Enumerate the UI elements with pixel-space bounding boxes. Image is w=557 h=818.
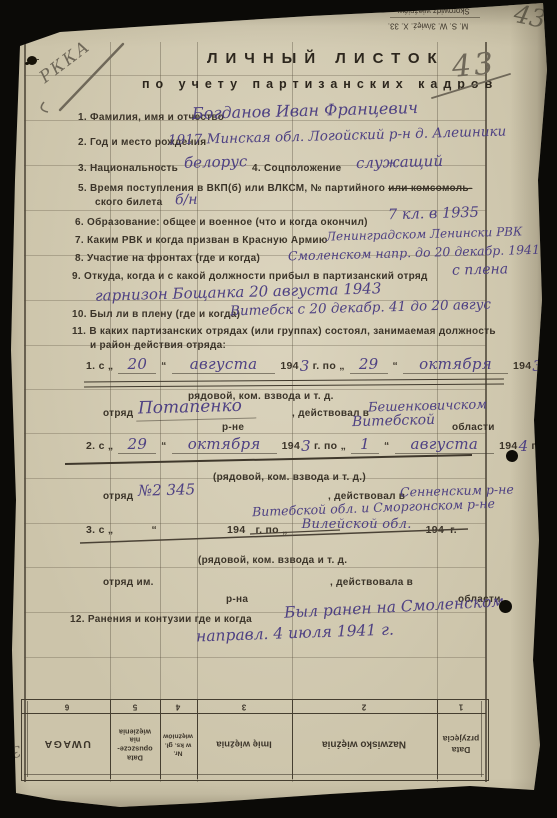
grid-line bbox=[24, 567, 486, 568]
field-12-value-line1: Был ранен на Смоленском bbox=[284, 592, 505, 622]
field-11-label-line1: 11. В каких партизанских отрядах (или гр… bbox=[72, 326, 496, 337]
col-header-data-opuszczenia: Data opuszcze- nia więzienia bbox=[117, 727, 152, 762]
entry2-year2-digit: 4 bbox=[519, 439, 529, 454]
entry2-g: г. bbox=[531, 440, 538, 452]
detachment-1-rne: р-не bbox=[222, 422, 244, 433]
table-col-line bbox=[160, 699, 161, 779]
ranks-hint-2: (рядовой, ком. взвода и т. д.) bbox=[213, 472, 366, 483]
service-entry-2-dates: 2. с „ 29 “ октября 194 3 г. по „ 1 “ ав… bbox=[86, 437, 538, 452]
detachment-1-label: отряд bbox=[103, 408, 133, 419]
entry2-quote2: “ bbox=[384, 440, 390, 452]
entry1-quote: “ bbox=[161, 360, 167, 372]
entry3-quote: “ bbox=[151, 524, 157, 536]
col-number-5: 5 bbox=[133, 703, 137, 712]
ink-blot bbox=[27, 56, 37, 65]
detachment-1-oblast: области bbox=[452, 422, 495, 433]
entry1-year2-print: 194 bbox=[513, 360, 531, 372]
paper-sheet: Skorowidz więźniów. M. S. W. 3/więź. X. … bbox=[0, 0, 557, 818]
col-number-4: 4 bbox=[176, 703, 180, 712]
col-header-nr-ks: Nr. w ks. gł. więźniów bbox=[163, 731, 193, 756]
detachment-2-area-line2: Витебской обл. и Сморгонском р-не bbox=[252, 496, 495, 519]
service-entry-1-dates: 1. с „ 20 “ августа 194 3 г. по „ 29 “ о… bbox=[86, 357, 552, 372]
entry2-day: 29 bbox=[118, 437, 156, 454]
reverse-footer-rule bbox=[390, 17, 480, 18]
detachment-1-name: Потапенко bbox=[136, 395, 256, 421]
entry2-year-print: 194 bbox=[282, 440, 300, 452]
entry1-to: г. по „ bbox=[313, 360, 345, 372]
table-col-line bbox=[110, 699, 111, 779]
field-4-value: служащий bbox=[356, 152, 443, 172]
col-header-imie: Imię więźnia bbox=[216, 739, 271, 750]
col-number-6: 6 bbox=[65, 703, 69, 712]
field-7-label: 7. Каким РВК и когда призван в Красную А… bbox=[75, 235, 328, 246]
field-5-value: б/н bbox=[175, 192, 198, 209]
reverse-footer-note: Skorowidz więźniów. bbox=[396, 7, 469, 16]
entry3-handwritten: Вилейской обл. bbox=[293, 518, 421, 532]
table-col-line bbox=[197, 699, 198, 779]
entry2-year-digit: 3 bbox=[301, 439, 311, 454]
field-9-value-line1: с плена bbox=[452, 261, 508, 278]
field-6-value: 7 кл. в 1935 bbox=[388, 205, 479, 223]
entry2-to: г. по „ bbox=[314, 440, 346, 452]
field-6-label: 6. Образование: общее и военное (что и к… bbox=[75, 217, 368, 228]
field-10-label: 10. Был ли в плену (где и когда) bbox=[72, 309, 240, 320]
field-2-value: 1917 Минская обл. Логойский р-н д. Алешн… bbox=[168, 124, 507, 149]
entry1-day: 20 bbox=[118, 357, 156, 374]
detachment-3-rna: р-на bbox=[226, 594, 248, 605]
detachment-3-label: отряд им. bbox=[103, 577, 154, 588]
corner-page-number: 43 bbox=[511, 0, 548, 34]
table-number-row-rule bbox=[22, 713, 486, 714]
entry3-year-print: 194 bbox=[227, 524, 245, 536]
entry3-to: г. по „ bbox=[255, 524, 287, 536]
cell-page-number: 43 bbox=[451, 46, 498, 85]
detachment-1-oblast-hw: Витебской bbox=[352, 412, 435, 430]
field-8-label: 8. Участие на фронтах (где и когда) bbox=[75, 253, 260, 264]
grid-line bbox=[24, 42, 26, 782]
col-number-1: 1 bbox=[459, 703, 463, 712]
rkka-pencil-note: РККА bbox=[36, 36, 95, 87]
ranks-hint-3: (рядовой, ком. взвода и т. д. bbox=[198, 555, 347, 566]
field-5-label-struck: или комсомоль- bbox=[388, 183, 472, 194]
entry1-day2: 29 bbox=[350, 357, 388, 374]
col-header-data-przyjecia: Data przyjęcia bbox=[443, 733, 479, 755]
form-title-line2: по учету партизанских кадров bbox=[142, 77, 498, 91]
entry2-month2: августа bbox=[395, 437, 495, 454]
entry2-day2: 1 bbox=[351, 437, 379, 454]
entry1-month2: октября bbox=[403, 357, 508, 374]
table-inner-bottom bbox=[24, 774, 484, 775]
service-entry-3-dates: 3. с „ “ 194 г. по „ Вилейской обл. 194 … bbox=[86, 524, 457, 536]
field-12-label: 12. Ранения и контузии где и когда bbox=[70, 614, 252, 625]
entry1-quote2: “ bbox=[393, 360, 399, 372]
form-title-line1: ЛИЧНЫЙ ЛИСТОК bbox=[207, 50, 445, 67]
grid-line bbox=[24, 657, 486, 658]
entry3-g: г. bbox=[450, 524, 457, 536]
reverse-form-code: M. S. W. 3/więź. X. 33. bbox=[388, 22, 468, 31]
entry1-year2-digit: 3 bbox=[532, 359, 542, 374]
entry1-year-print: 194 bbox=[280, 360, 298, 372]
entry3-year2-print: 194 bbox=[426, 524, 444, 536]
table-col-line bbox=[437, 699, 438, 779]
col-header-nazwisko: Nazwisko więźnia bbox=[322, 739, 406, 750]
col-number-2: 2 bbox=[362, 703, 366, 712]
entry1-month: августа bbox=[172, 357, 276, 374]
field-11-label-line2: и район действия отряда: bbox=[90, 340, 226, 351]
entry3-from: 3. с „ bbox=[86, 524, 113, 536]
field-5-label-line2: ского билета bbox=[95, 197, 163, 208]
entry2-from: 2. с „ bbox=[86, 440, 113, 452]
entry1-g: г. bbox=[545, 360, 552, 372]
grid-line bbox=[24, 75, 486, 76]
bottom-page-number: 38 bbox=[0, 742, 23, 765]
field-4-label: 4. Соцположение bbox=[252, 163, 341, 174]
entry1-year-digit: 3 bbox=[300, 359, 310, 374]
punch-hole bbox=[499, 600, 512, 613]
field-3-value: белорус bbox=[184, 152, 248, 172]
grid-line bbox=[24, 389, 486, 390]
detachment-2-name: №2 345 bbox=[138, 480, 196, 499]
double-rule bbox=[84, 379, 504, 388]
table-col-line bbox=[292, 699, 293, 779]
col-header-uwaga: UWAGA bbox=[43, 738, 91, 750]
field-3-label: 3. Национальность bbox=[78, 163, 178, 174]
field-5-label-part1: 5. Время поступления в ВКП(б) или ВЛКСМ,… bbox=[78, 183, 388, 194]
entry2-month: октября bbox=[172, 437, 277, 454]
detachment-3-acted: , действовала в bbox=[330, 577, 413, 588]
scanned-document-photo: Skorowidz więźniów. M. S. W. 3/więź. X. … bbox=[0, 0, 557, 818]
detachment-2-label: отряд bbox=[103, 491, 133, 502]
punch-hole bbox=[506, 450, 518, 462]
grid-line bbox=[24, 433, 486, 434]
field-5-label: 5. Время поступления в ВКП(б) или ВЛКСМ,… bbox=[78, 183, 472, 194]
col-number-3: 3 bbox=[242, 703, 246, 712]
entry1-from: 1. с „ bbox=[86, 360, 113, 372]
entry2-quote: “ bbox=[161, 440, 167, 452]
